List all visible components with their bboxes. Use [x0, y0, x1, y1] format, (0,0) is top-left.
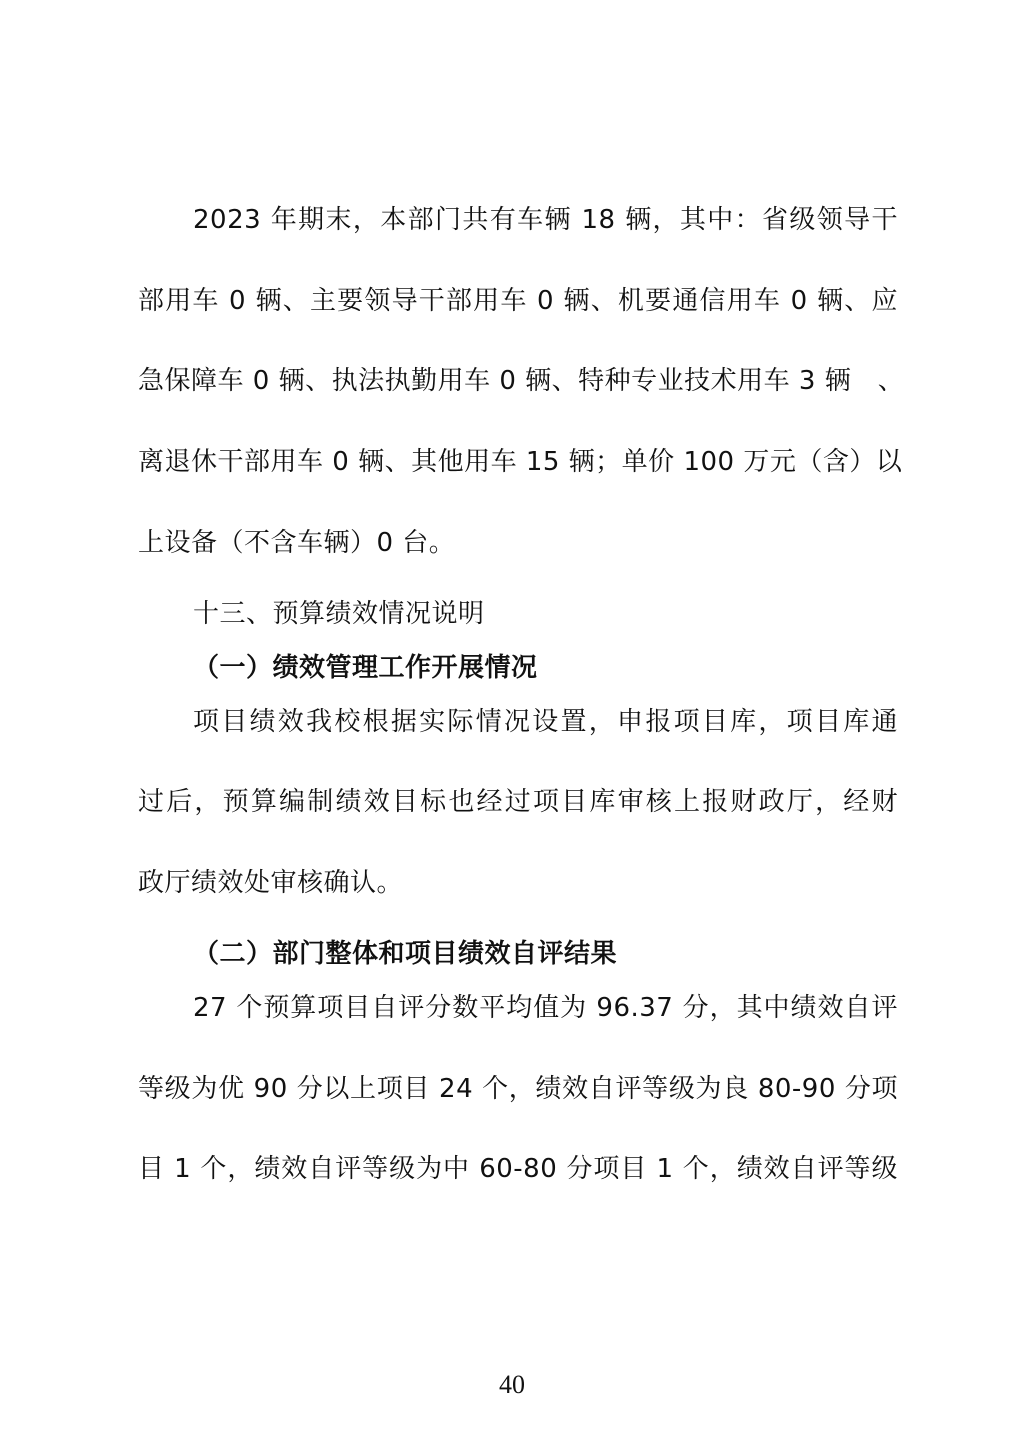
section-heading-budget-performance: 十三、预算绩效情况说明 — [193, 597, 898, 631]
subsection-heading-self-evaluation: （二）部门整体和项目绩效自评结果 — [193, 937, 898, 971]
paragraph-evaluation-line-1: 27 个预算项目自评分数平均值为 96.37 分，其中绩效自评 — [193, 991, 898, 1025]
paragraph-vehicles-line-1: 2023 年期末，本部门共有车辆 18 辆，其中：省级领导干 — [193, 203, 898, 237]
subsection-heading-performance-management: （一）绩效管理工作开展情况 — [193, 651, 898, 685]
page-number: 40 — [0, 1368, 1024, 1402]
paragraph-vehicles-line-4: 离退休干部用车 0 辆、其他用车 15 辆；单价 100 万元（含）以 — [138, 445, 898, 479]
paragraph-vehicles-line-2: 部用车 0 辆、主要领导干部用车 0 辆、机要通信用车 0 辆、应 — [138, 284, 898, 318]
paragraph-vehicles-line-5: 上设备（不含车辆）0 台。 — [138, 526, 898, 560]
paragraph-evaluation-line-2: 等级为优 90 分以上项目 24 个，绩效自评等级为良 80-90 分项 — [138, 1072, 898, 1106]
paragraph-vehicles-line-3: 急保障车 0 辆、执法执勤用车 0 辆、特种专业技术用车 3 辆 、 — [138, 364, 898, 398]
paragraph-management-line-2: 过后，预算编制绩效目标也经过项目库审核上报财政厅，经财 — [138, 785, 898, 819]
paragraph-management-line-1: 项目绩效我校根据实际情况设置，申报项目库，项目库通 — [193, 705, 898, 739]
paragraph-management-line-3: 政厅绩效处审核确认。 — [138, 866, 898, 900]
paragraph-evaluation-line-3: 目 1 个，绩效自评等级为中 60-80 分项目 1 个，绩效自评等级 — [138, 1152, 898, 1186]
